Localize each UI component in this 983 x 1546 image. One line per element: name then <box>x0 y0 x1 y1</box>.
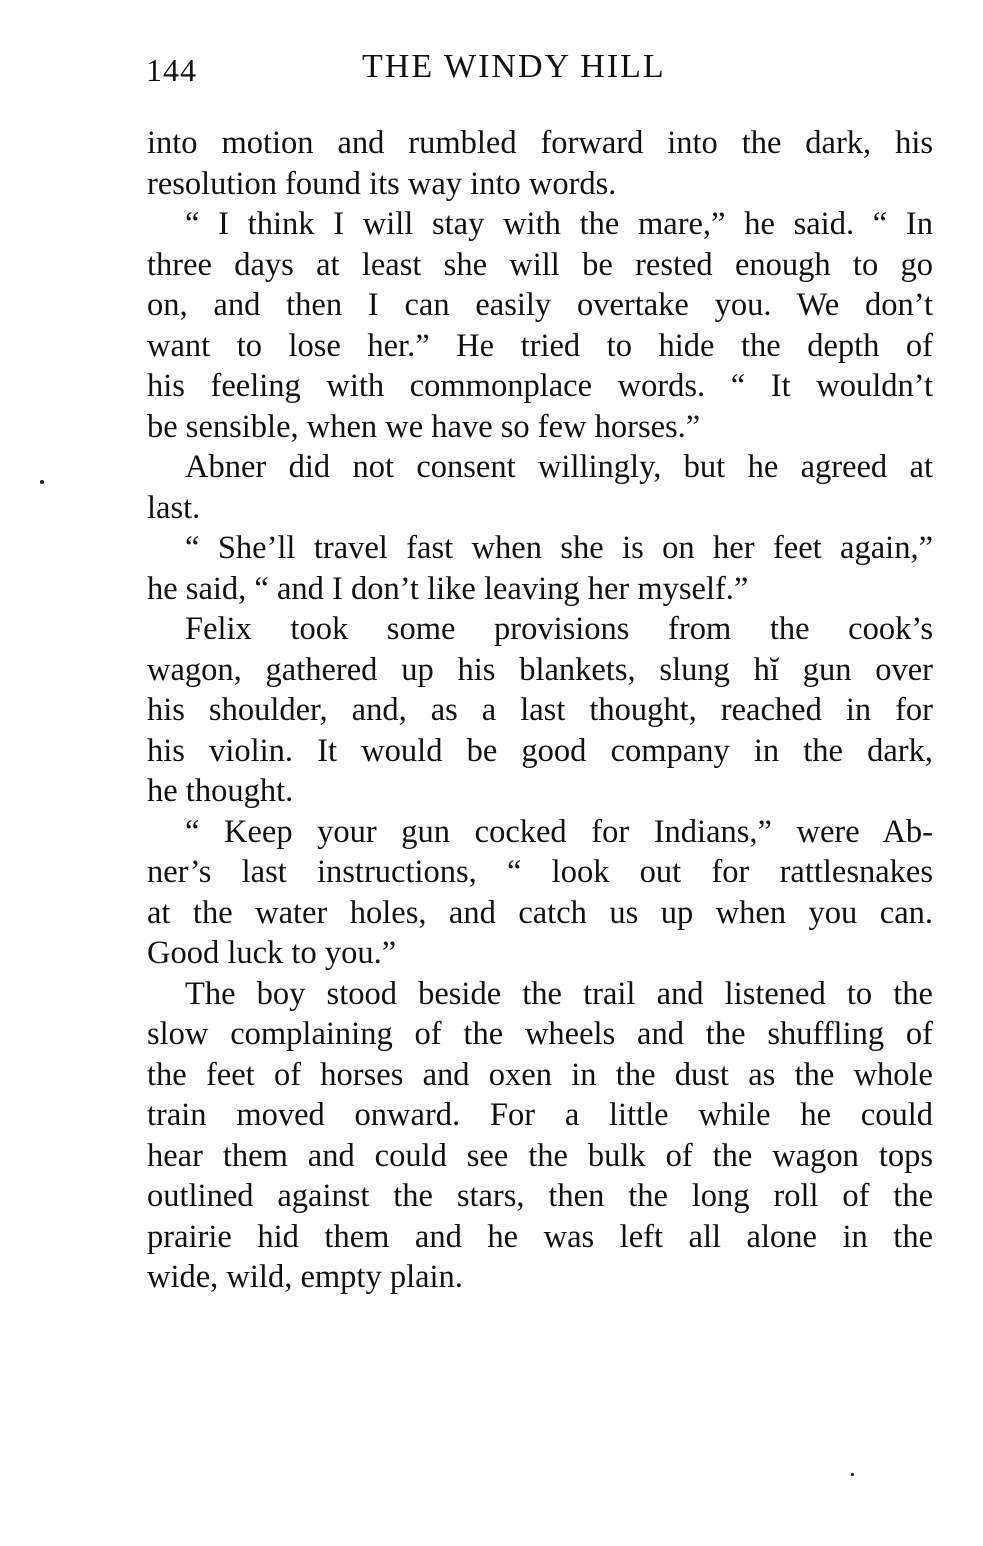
text-line: The boy stood beside the trail and liste… <box>147 974 933 1015</box>
text-line: his feeling with commonplace words. “ It… <box>147 366 933 407</box>
text-line: prairie hid them and he was left all alo… <box>147 1217 933 1258</box>
page-header: 144 THE WINDY HILL <box>146 48 934 94</box>
text-line: he thought. <box>147 771 933 812</box>
text-line: “ Keep your gun cocked for Indians,” wer… <box>147 812 933 853</box>
text-line: he said, “ and I don’t like leaving her … <box>147 569 933 610</box>
text-line: wagon, gathered up his blankets, slung h… <box>147 650 933 691</box>
text-line: be sensible, when we have so few horses.… <box>147 407 933 448</box>
text-line: on, and then I can easily overtake you. … <box>147 285 933 326</box>
text-line: three days at least she will be rested e… <box>147 245 933 286</box>
running-head: THE WINDY HILL <box>362 48 666 86</box>
page-number: 144 <box>146 52 197 89</box>
text-line: train moved onward. For a little while h… <box>147 1095 933 1136</box>
text-line: Felix took some provisions from the cook… <box>147 609 933 650</box>
text-line: “ She’ll travel fast when she is on her … <box>147 528 933 569</box>
book-page: 144 THE WINDY HILL into motion and rumbl… <box>0 0 983 1546</box>
text-line: want to lose her.” He tried to hide the … <box>147 326 933 367</box>
text-line: “ I think I will stay with the mare,” he… <box>147 204 933 245</box>
text-line: outlined against the stars, then the lon… <box>147 1176 933 1217</box>
body-text: into motion and rumbled forward into the… <box>147 123 933 1298</box>
text-line: his shoulder, and, as a last thought, re… <box>147 690 933 731</box>
text-line: slow complaining of the wheels and the s… <box>147 1014 933 1055</box>
text-line: ner’s last instructions, “ look out for … <box>147 852 933 893</box>
print-speck <box>851 1473 854 1476</box>
text-line: the feet of horses and oxen in the dust … <box>147 1055 933 1096</box>
text-line: Abner did not consent willingly, but he … <box>147 447 933 488</box>
text-line: Good luck to you.” <box>147 933 933 974</box>
text-line: hear them and could see the bulk of the … <box>147 1136 933 1177</box>
text-line: resolution found its way into words. <box>147 164 933 205</box>
text-line: into motion and rumbled forward into the… <box>147 123 933 164</box>
text-line: last. <box>147 488 933 529</box>
print-speck <box>40 480 44 484</box>
text-line: wide, wild, empty plain. <box>147 1257 933 1298</box>
text-line: at the water holes, and catch us up when… <box>147 893 933 934</box>
text-line: his violin. It would be good company in … <box>147 731 933 772</box>
